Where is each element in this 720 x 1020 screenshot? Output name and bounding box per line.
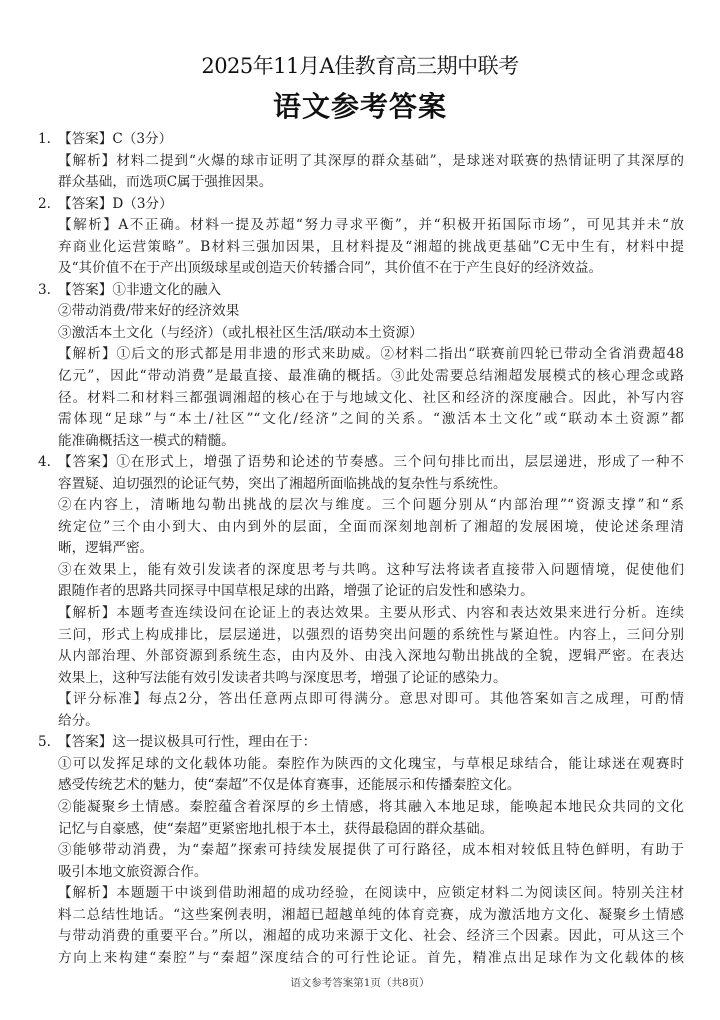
analysis-line: 三问，形式上构成排比，层层递进，以强烈的语势突出问题的系统性与紧迫性。内容上，三… <box>58 625 684 647</box>
analysis-line: 弃商业化运营策略”。B材料三强加因果，且材料提及“湘超的挑战更基础”C无中生有，… <box>58 237 684 259</box>
question-4: 4. 【答案】①在形式上，增强了语势和论述的节奏感。三个问句排比而出，层层递进，… <box>38 452 684 732</box>
question-number: 3. <box>38 280 51 302</box>
question-2: 2. 【答案】D（3分） 【解析】A不正确。材料一提及苏超“努力寻求平衡”，并“… <box>38 194 684 280</box>
analysis-line: 【解析】本题考查连续设问在论证上的表达效果。主要从形式、内容和表达效果来进行分析… <box>58 603 684 625</box>
answer-line: 【答案】①在形式上，增强了语势和论述的节奏感。三个问句排比而出，层层递进，形成了… <box>58 452 684 474</box>
answer-line: 容置疑、迫切强烈的论证气势，突出了湘超所面临挑战的复杂性与系统性。 <box>58 474 684 496</box>
analysis-line: 从内部治理、外部资源到系统生态，由内及外、由浅入深地勾勒出挑战的全貌，逻辑严密。… <box>58 646 684 668</box>
answer-body: 1. 【答案】C（3分） 【解析】材料二提到“火爆的球市证明了其深厚的群众基础”… <box>38 129 684 969</box>
scoring-line: 【评分标准】每点2分，答出任意两点即可得满分。意思对即可。其他答案如言之成理，可… <box>58 689 684 711</box>
answer-line: 【答案】这一提议极具可行性，理由在于： <box>58 732 684 754</box>
answer-line: 晰，逻辑严密。 <box>58 538 684 560</box>
answer-line: ③在效果上，能有效引发读者的深度思考与共鸣。这种写法将读者直接带入问题情境，促使… <box>58 560 684 582</box>
analysis-line: 亿元”，因此“带动消费”是最直接、最准确的概括。③此处需要总结湘超发展模式的核心… <box>58 366 684 388</box>
answer-line: ③能够带动消费，为“秦超”探索可持续发展提供了可行路径，成本相对较低且特色鲜明，… <box>58 840 684 862</box>
analysis-line: 【解析】A不正确。材料一提及苏超“努力寻求平衡”，并“积极开拓国际市场”，可见其… <box>58 215 684 237</box>
analysis-line: 及“其价值不在于产出顶级球星或创造天价转播合同”，其价值不在于产生良好的经济效益… <box>58 258 684 280</box>
question-number: 2. <box>38 194 51 216</box>
question-3: 3. 【答案】①非遗文化的融入 ②带动消费/带来好的经济效果 ③激活本土文化（与… <box>38 280 684 452</box>
answer-line: ②能凝聚乡土情感。秦腔蕴含着深厚的乡土情感，将其融入本地足球，能唤起本地民众共同… <box>58 797 684 819</box>
document-title: 语文参考答案 <box>0 88 720 126</box>
analysis-line: 需体现“足球”与“本土/社区”“文化/经济”之间的关系。“激活本土文化”或“联动… <box>58 409 684 431</box>
answer-line: ②在内容上，清晰地勾勒出挑战的层次与维度。三个问题分别从“内部治理”“资源支撑”… <box>58 495 684 517</box>
analysis-line: 方向上来构建“秦腔”与“秦超”深度结合的可行性论证。首先，精准点出足球作为文化载… <box>58 948 684 970</box>
answer-line: 记忆与自豪感，使“秦超”更紧密地扎根于本土，获得最稳固的群众基础。 <box>58 819 684 841</box>
analysis-line: 【解析】本题题干中谈到借助湘超的成功经验，在阅读中，应锁定材料二为阅读区间。特别… <box>58 883 684 905</box>
analysis-line: 与带动消费的重要平台。”所以，湘超的成功来源于文化、社会、经济三个因素。因此，可… <box>58 926 684 948</box>
answer-line: 吸引本地文旅资源合作。 <box>58 862 684 884</box>
answer-line: 跟随作者的思路共同探寻中国草根足球的出路，增强了论证的启发性和感染力。 <box>58 581 684 603</box>
analysis-line: 【解析】材料二提到“火爆的球市证明了其深厚的群众基础”，是球迷对联赛的热情证明了… <box>58 151 684 173</box>
scoring-line: 给分。 <box>58 711 684 733</box>
analysis-line: 径。材料二和材料三都强调湘超的核心在于与地域文化、社区和经济的深度融合。因此，补… <box>58 388 684 410</box>
analysis-line: 能准确概括这一模式的精髓。 <box>58 431 684 453</box>
question-number: 4. <box>38 452 51 474</box>
exam-title: 2025年11月A佳教育高三期中联考 <box>0 52 720 80</box>
analysis-line: 效果上，这种写法能有效引发读者共鸣与深度思考，增强了论证的感染力。 <box>58 668 684 690</box>
answer-line: ③激活本土文化（与经济）（或扎根社区生活/联动本土资源） <box>58 323 684 345</box>
answer-line: 感受传统艺术的魅力，使“秦超”不仅是体育赛事，还能展示和传播秦腔文化。 <box>58 775 684 797</box>
answer-line: 【答案】C（3分） <box>58 129 684 151</box>
answer-line: ②带动消费/带来好的经济效果 <box>58 301 684 323</box>
question-5: 5. 【答案】这一提议极具可行性，理由在于： ①可以发挥足球的文化载体功能。秦腔… <box>38 732 684 969</box>
question-number: 5. <box>38 732 51 754</box>
answer-line: 【答案】①非遗文化的融入 <box>58 280 684 302</box>
analysis-line: 群众基础，而选项C属于强推因果。 <box>58 172 684 194</box>
page-footer: 语文参考答案第1页（共8页） <box>0 975 720 991</box>
question-1: 1. 【答案】C（3分） 【解析】材料二提到“火爆的球市证明了其深厚的群众基础”… <box>38 129 684 194</box>
answer-line: 【答案】D（3分） <box>58 194 684 216</box>
document-page: 2025年11月A佳教育高三期中联考 语文参考答案 1. 【答案】C（3分） 【… <box>0 0 720 1020</box>
answer-line: ①可以发挥足球的文化载体功能。秦腔作为陕西的文化瑰宝，与草根足球结合，能让球迷在… <box>58 754 684 776</box>
answer-line: 统定位”三个由小到大、由内到外的层面，全面而深刻地剖析了湘超的发展困境，使论述条… <box>58 517 684 539</box>
analysis-line: 料二总结性地话。“这些案例表明，湘超已超越单纯的体育竞赛，成为激活地方文化、凝聚… <box>58 905 684 927</box>
analysis-line: 【解析】①后文的形式都是用非遗的形式来助威。②材料二指出“联赛前四轮已带动全省消… <box>58 344 684 366</box>
question-number: 1. <box>38 129 51 151</box>
